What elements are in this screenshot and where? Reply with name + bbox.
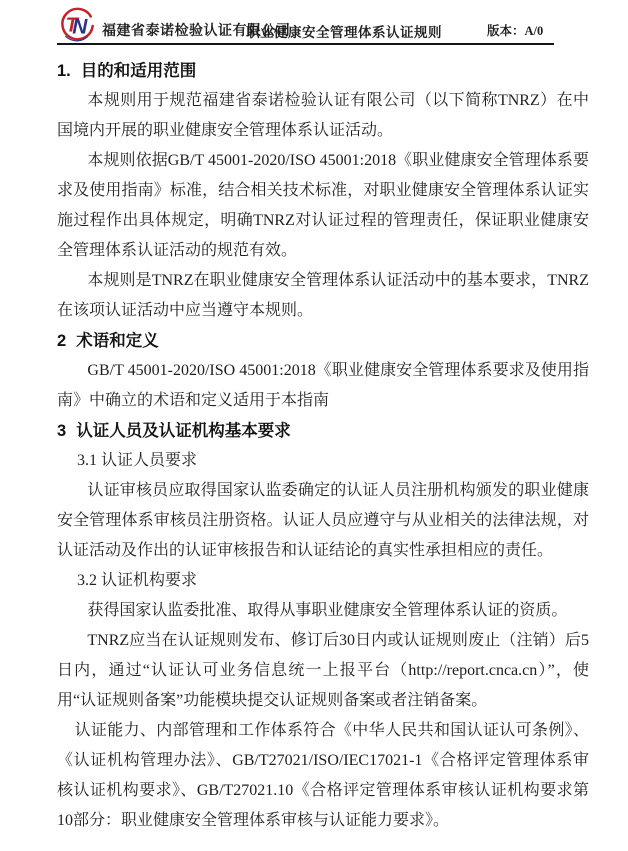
version-label: 版本：A/0 (487, 21, 543, 39)
section-2-title: 术语和定义 (76, 332, 159, 350)
section-3-title: 认证人员及认证机构基本要求 (76, 422, 291, 440)
document-title: 职业健康安全管理体系认证规则 (246, 21, 442, 41)
paragraph: 认证审核员应取得国家认监委确定的认证人员注册机构颁发的职业健康安全管理体系审核员… (57, 476, 589, 566)
section-2-number: 2 (57, 332, 66, 350)
paragraph: 本规则依据GB/T 45001-2020/ISO 45001:2018《职业健康… (57, 146, 589, 266)
paragraph: 获得国家认监委批准、取得从事职业健康安全管理体系认证的资质。 (57, 596, 589, 626)
svg-text:N: N (72, 16, 88, 39)
section-1-title: 目的和适用范围 (81, 62, 197, 80)
section-2-heading: 2术语和定义 (57, 326, 589, 356)
page-header: T N 福建省泰诺检验认证有限公司 职业健康安全管理体系认证规则 版本：A/0 (0, 0, 628, 46)
document-page: T N 福建省泰诺检验认证有限公司 职业健康安全管理体系认证规则 版本：A/0 … (0, 0, 628, 851)
subsection-3-2-heading: 3.2 认证机构要求 (57, 566, 589, 596)
header-divider (57, 43, 554, 45)
paragraph: 本规则用于规范福建省泰诺检验认证有限公司（以下简称TNRZ）在中国境内开展的职业… (57, 86, 589, 146)
paragraph: 本规则是TNRZ在职业健康安全管理体系认证活动中的基本要求，TNRZ在该项认证活… (57, 266, 589, 326)
section-3-number: 3 (57, 422, 66, 440)
subsection-3-1-heading: 3.1 认证人员要求 (57, 446, 589, 476)
paragraph: TNRZ应当在认证规则发布、修订后30日内或认证规则废止（注销）后5日内，通过“… (57, 626, 589, 716)
section-1-heading: 1.目的和适用范围 (57, 56, 589, 86)
document-body: 1.目的和适用范围 本规则用于规范福建省泰诺检验认证有限公司（以下简称TNRZ）… (57, 56, 589, 836)
company-logo-icon: T N (58, 6, 96, 44)
paragraph: GB/T 45001-2020/ISO 45001:2018《职业健康安全管理体… (57, 356, 589, 416)
section-1-number: 1. (57, 62, 71, 80)
paragraph: 认证能力、内部管理和工作体系符合《中华人民共和国认证认可条例》、《认证机构管理办… (57, 716, 589, 836)
section-3-heading: 3认证人员及认证机构基本要求 (57, 416, 589, 446)
